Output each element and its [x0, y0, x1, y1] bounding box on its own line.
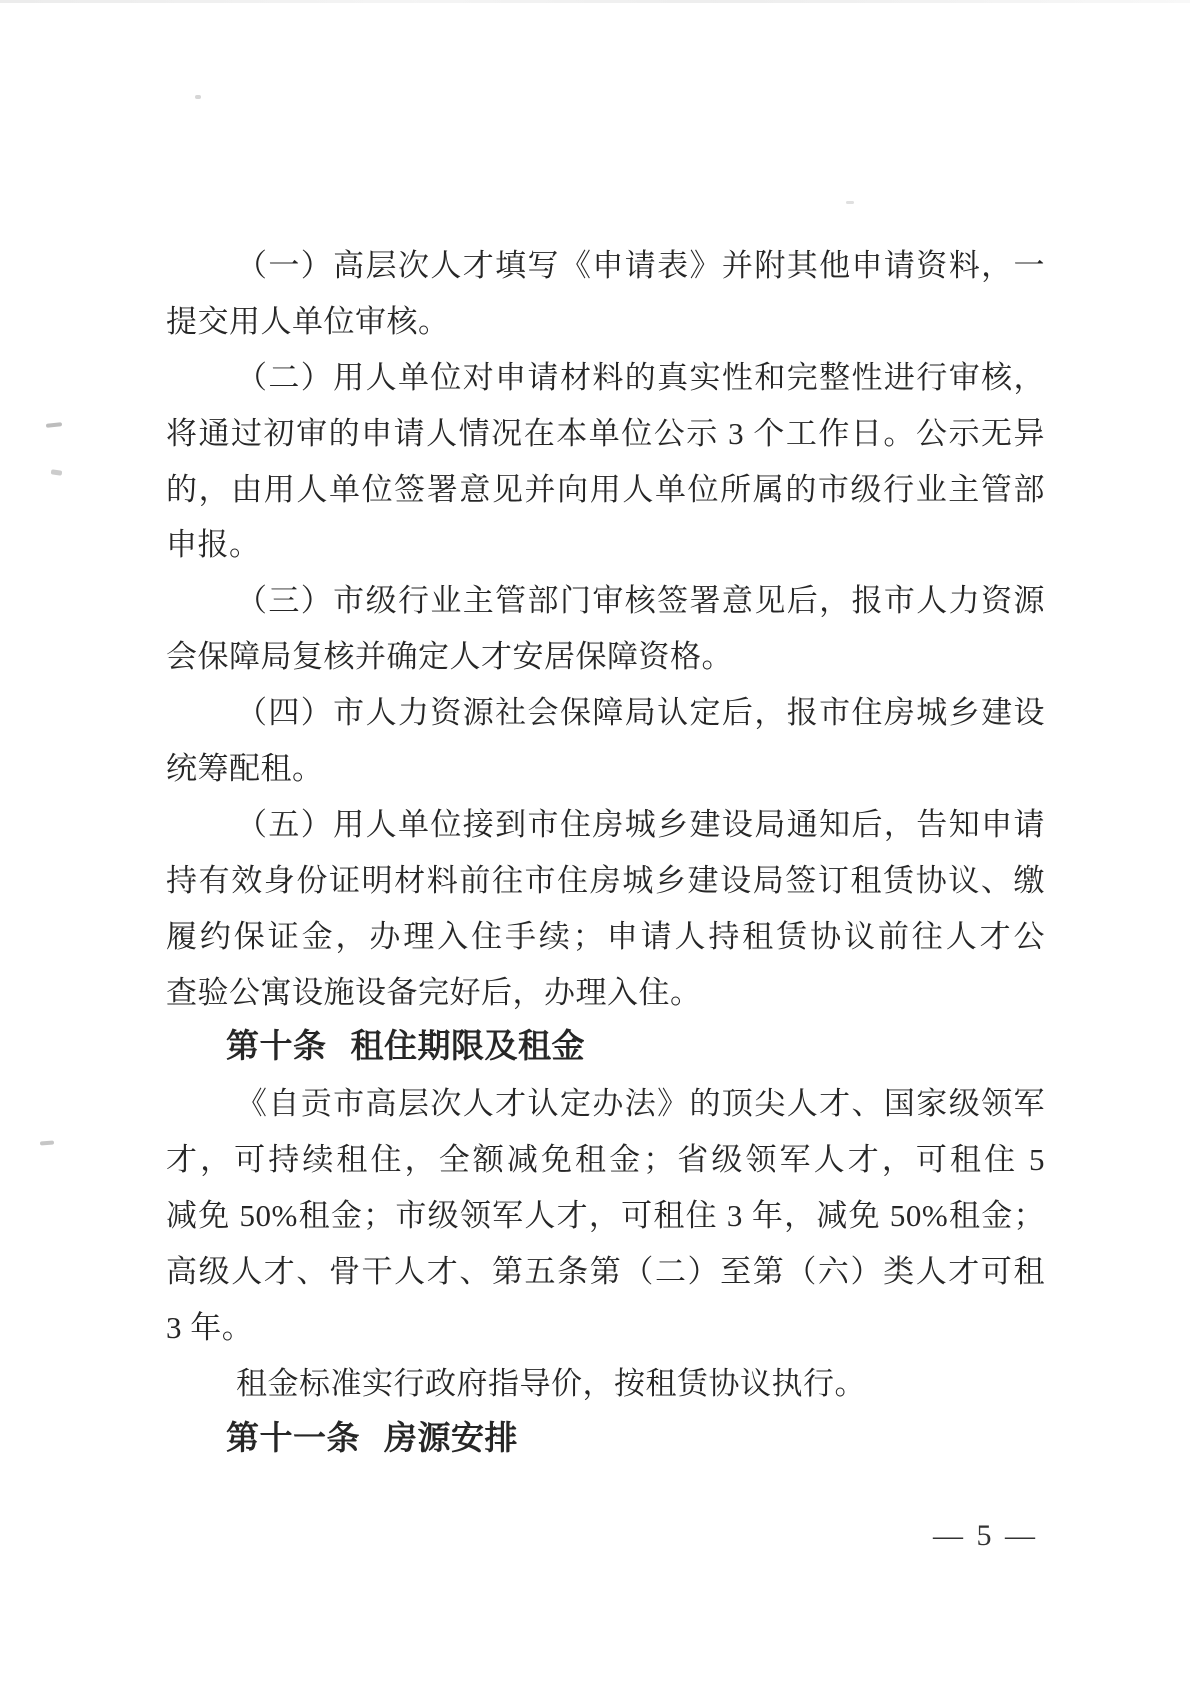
- article-10-number: 第十条: [226, 1029, 327, 1065]
- text-line: 3 年。: [166, 1300, 1045, 1356]
- text-line: 统筹配租。: [166, 741, 1045, 797]
- article-11-heading: 第十一条房源安排: [166, 1412, 1045, 1468]
- text-line: 才，可持续租住，全额减免租金；省级领军人才，可租住 5 年，: [166, 1132, 1045, 1188]
- text-line: 履约保证金，办理入住手续；申请人持租赁协议前往人才公寓，: [166, 909, 1045, 965]
- article-10-title: 租住期限及租金: [351, 1029, 586, 1065]
- scan-artifact: [40, 1141, 54, 1146]
- text-line: 减免 50%租金；市级领军人才，可租住 3 年，减免 50%租金；: [166, 1188, 1045, 1244]
- text-line: 将通过初审的申请人情况在本单位公示 3 个工作日。公示无异议: [166, 406, 1045, 462]
- scan-artifact: [46, 422, 62, 428]
- article-11-title: 房源安排: [384, 1421, 518, 1457]
- text-line: 租金标准实行政府指导价，按租赁协议执行。: [166, 1356, 1045, 1412]
- scan-edge-artifact: [0, 0, 1190, 3]
- page-number-footer: — 5 —: [933, 1519, 1038, 1553]
- text-line: 提交用人单位审核。: [166, 294, 1045, 350]
- text-line: （二）用人单位对申请材料的真实性和完整性进行审核，并: [166, 350, 1045, 406]
- text-line: （五）用人单位接到市住房城乡建设局通知后，告知申请人: [166, 797, 1045, 853]
- text-line: （四）市人力资源社会保障局认定后，报市住房城乡建设局: [166, 685, 1045, 741]
- scan-artifact: [195, 95, 201, 99]
- document-body: （一）高层次人才填写《申请表》并附其他申请资料，一并 提交用人单位审核。 （二）…: [166, 238, 1045, 1468]
- text-line: （三）市级行业主管部门审核签署意见后，报市人力资源社: [166, 573, 1045, 629]
- text-line: 申报。: [166, 517, 1045, 573]
- text-line: 查验公寓设施设备完好后，办理入住。: [166, 965, 1045, 1021]
- text-line: 《自贡市高层次人才认定办法》的顶尖人才、国家级领军人: [166, 1076, 1045, 1132]
- scan-artifact: [846, 201, 854, 204]
- article-10-heading: 第十条租住期限及租金: [166, 1020, 1045, 1076]
- text-line: 会保障局复核并确定人才安居保障资格。: [166, 629, 1045, 685]
- article-11-number: 第十一条: [226, 1421, 360, 1457]
- text-line: （一）高层次人才填写《申请表》并附其他申请资料，一并: [166, 238, 1045, 294]
- text-line: 高级人才、骨干人才、第五条第（二）至第（六）类人才可租住: [166, 1244, 1045, 1300]
- text-line: 的，由用人单位签署意见并向用人单位所属的市级行业主管部门: [166, 462, 1045, 518]
- scan-artifact: [51, 469, 63, 475]
- text-line: 持有效身份证明材料前往市住房城乡建设局签订租赁协议、缴纳: [166, 853, 1045, 909]
- document-page: （一）高层次人才填写《申请表》并附其他申请资料，一并 提交用人单位审核。 （二）…: [0, 0, 1190, 1683]
